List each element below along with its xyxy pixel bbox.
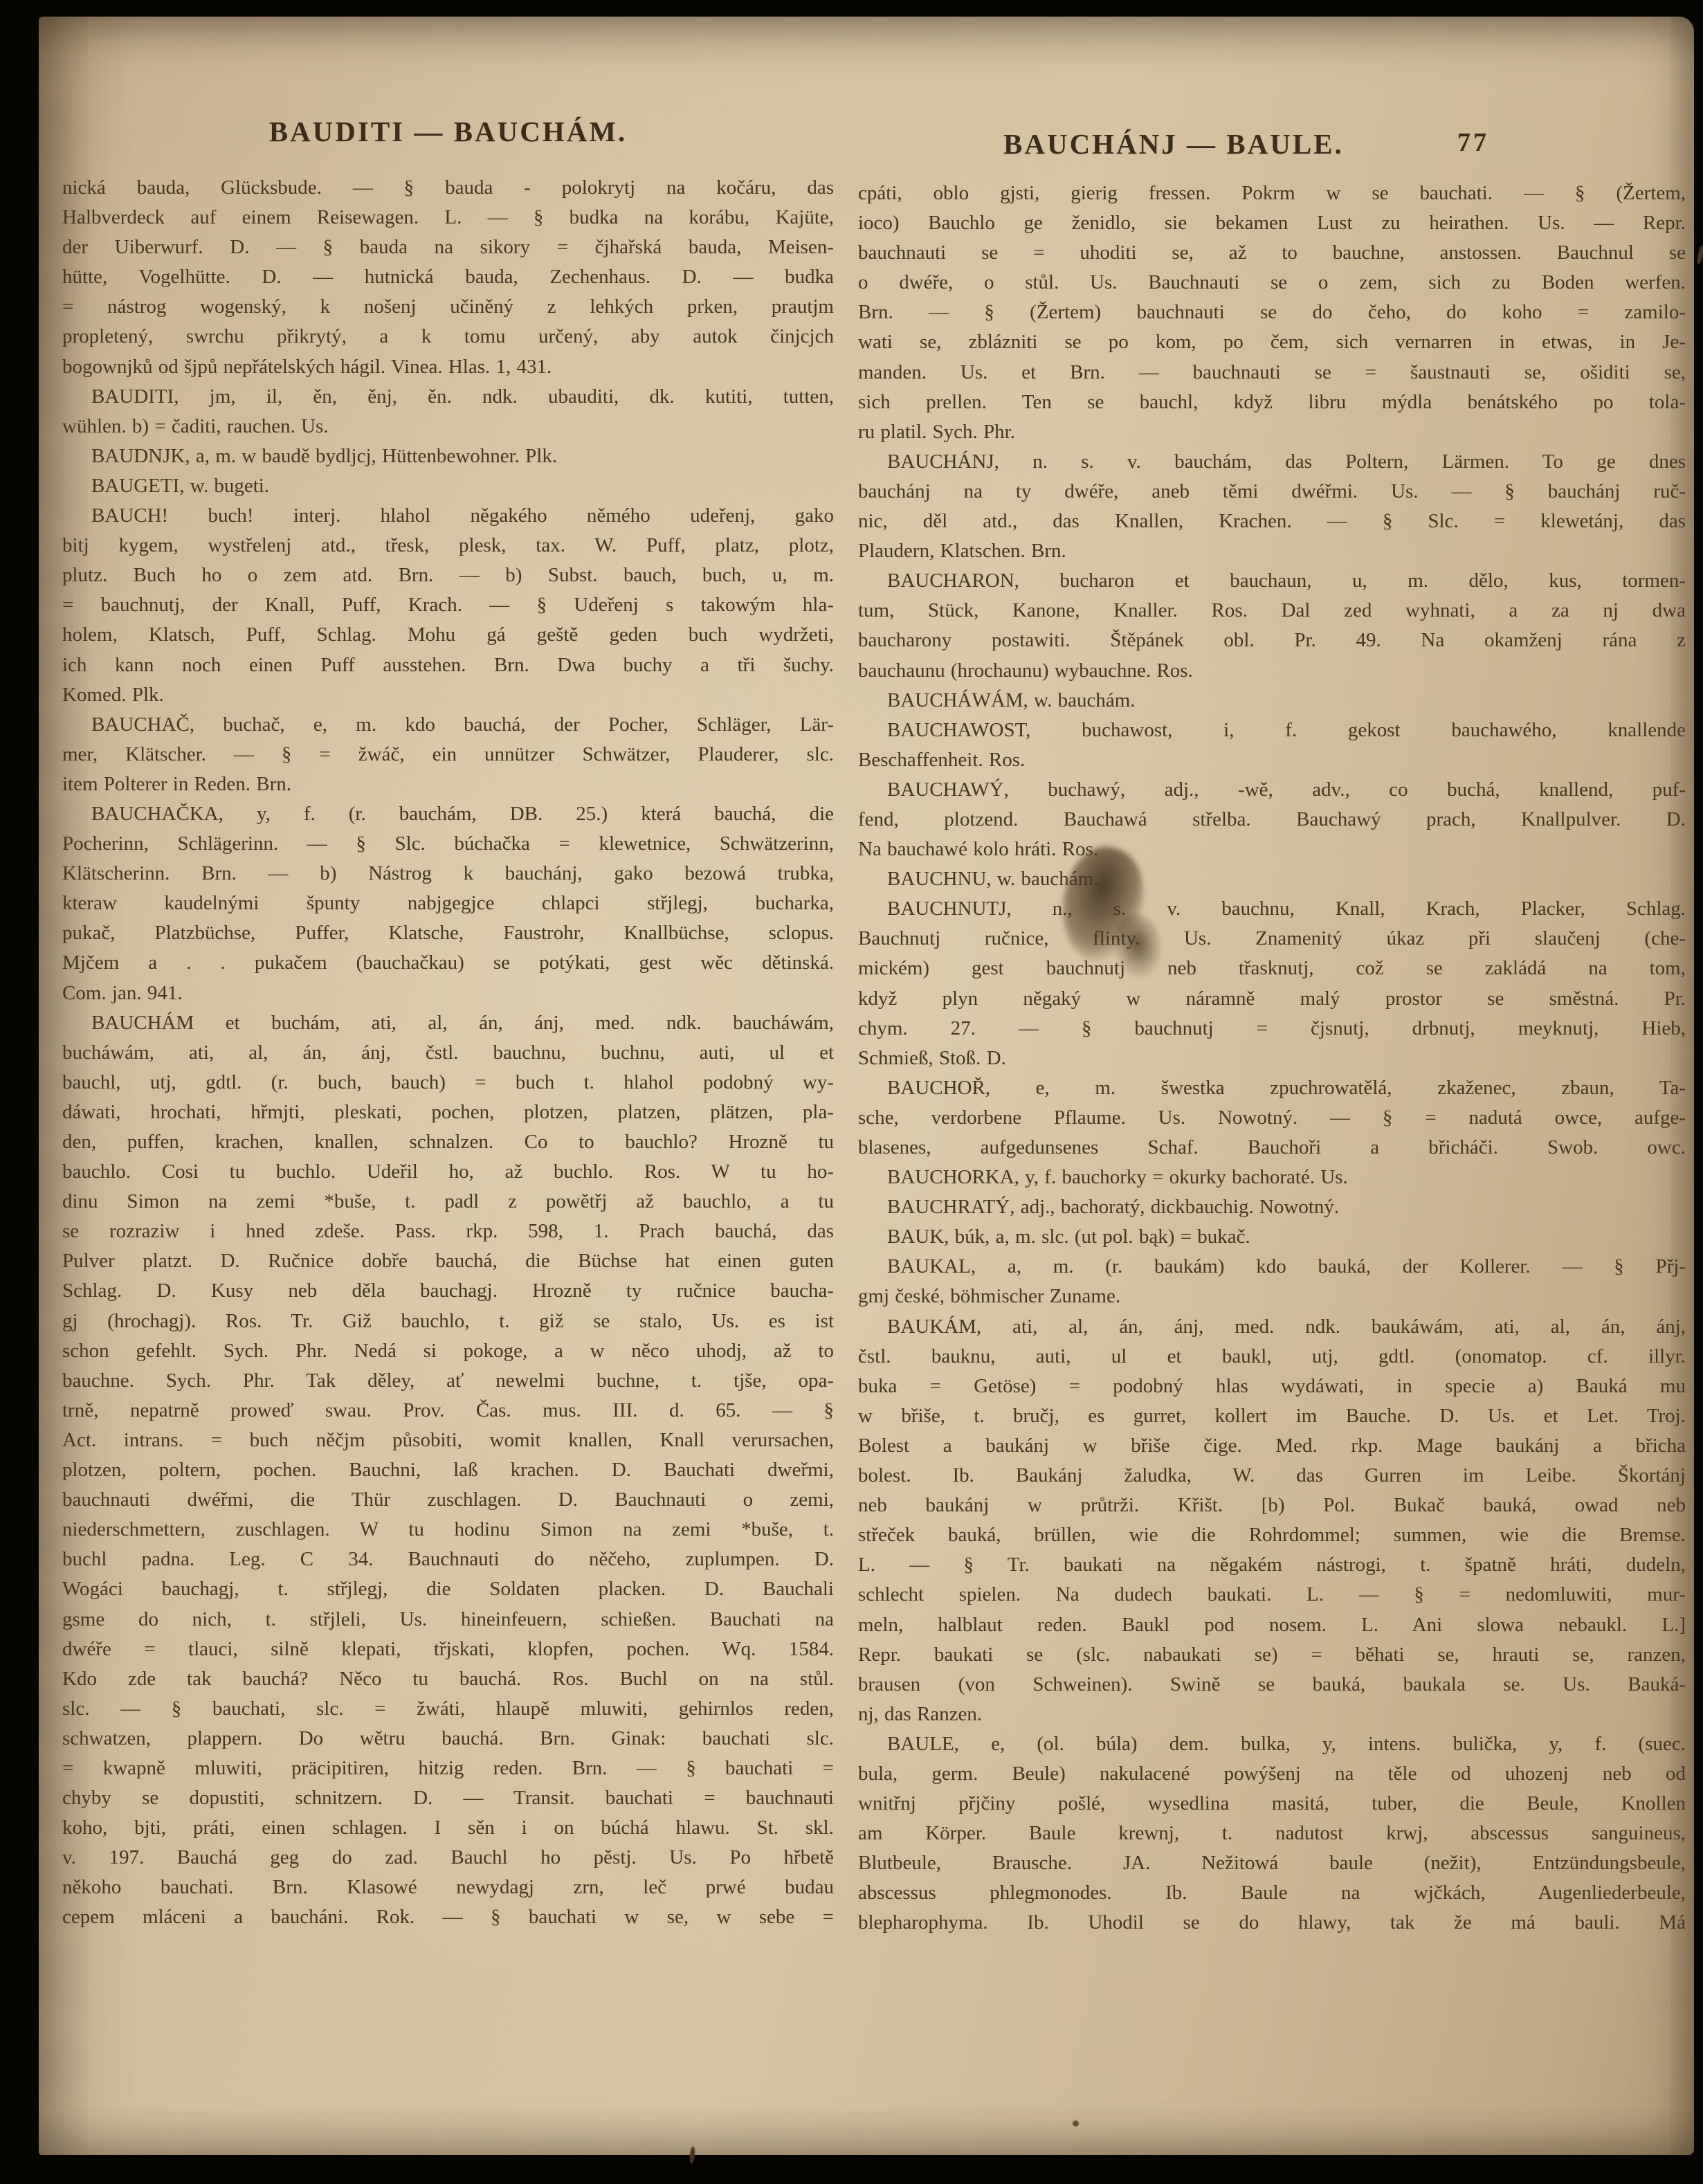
text-line: se rozraziw i hned zdeše. Pass. rkp. 598… bbox=[62, 1217, 834, 1246]
text-line: blasenes, aufgedunsenes Schaf. Bauchoři … bbox=[858, 1133, 1686, 1163]
text-line: Pocherinn, Schlägerinn. — § Slc. búchačk… bbox=[62, 829, 834, 859]
text-line: koho, bjti, práti, einen schlagen. I sěn… bbox=[62, 1813, 834, 1843]
text-line: fend, plotzend. Bauchawá střelba. Baucha… bbox=[858, 805, 1686, 835]
text-line: blepharophyma. Ib. Uhodil se do hlawy, t… bbox=[858, 1908, 1686, 1938]
text-line: někoho bauchati. Brn. Klasowé newydagj z… bbox=[62, 1873, 834, 1902]
text-line: chyby se dopustiti, schnitzern. D. — Tra… bbox=[62, 1783, 834, 1813]
text-line: = kwapně mluwiti, präcipitiren, hitzig r… bbox=[62, 1754, 834, 1783]
text-line: bauchnauti se = uhoditi se, až to bauchn… bbox=[858, 238, 1686, 268]
text-line: BAUK, búk, a, m. slc. (ut pol. bąk) = bu… bbox=[858, 1222, 1686, 1252]
text-line: sich prellen. Ten se bauchl, když libru … bbox=[858, 388, 1686, 417]
text-line: BAUCHNUTJ, n., s. v. bauchnu, Knall, Kra… bbox=[858, 894, 1686, 924]
text-line: der Uiberwurf. D. — § bauda na sikory = … bbox=[62, 233, 834, 262]
text-line: brausen (von Schweinen). Swině se bauká,… bbox=[858, 1670, 1686, 1700]
text-line: am Körper. Baule krewnj, t. nadutost krw… bbox=[858, 1819, 1686, 1848]
text-line: neb baukánj w průtrži. Křišt. [b) Pol. B… bbox=[858, 1491, 1686, 1520]
text-line: ich kann noch einen Puff ausstehen. Brn.… bbox=[62, 650, 834, 680]
text-line: BAUCHOŘ, e, m. šwestka zpuchrowatělá, zk… bbox=[858, 1073, 1686, 1103]
text-line: propletený, swrchu přikrytý, a k tomu ur… bbox=[62, 322, 834, 352]
text-line: v. 197. Bauchá geg do zad. Bauchl ho pěs… bbox=[62, 1843, 834, 1873]
text-line: bauchne. Sych. Phr. Tak děley, ať newelm… bbox=[62, 1366, 834, 1396]
text-line: ru platil. Sych. Phr. bbox=[858, 417, 1686, 447]
left-running-head: BAUDITI — BAUCHÁM. bbox=[62, 115, 834, 148]
stray-ink-mark bbox=[689, 2147, 695, 2164]
page-number: 77 bbox=[1457, 127, 1489, 158]
text-line: bula, germ. Beule) nakulacené powýšenj n… bbox=[858, 1759, 1686, 1789]
text-line: BAUDNJK, a, m. w baudě bydljcj, Hüttenbe… bbox=[62, 442, 834, 471]
text-line: slc. — § bauchati, slc. = žwáti, hlaupě … bbox=[62, 1694, 834, 1724]
text-line: BAUCHNU, w. bauchám. bbox=[858, 864, 1686, 894]
text-line: niederschmettern, zuschlagen. W tu hodin… bbox=[62, 1515, 834, 1545]
text-line: dáwati, hrochati, hřmjti, pleskati, poch… bbox=[62, 1098, 834, 1127]
text-line: čstl. bauknu, auti, ul et baukl, utj, gd… bbox=[858, 1342, 1686, 1372]
text-line: = nástrog wogenský, k nošenj učiněný z l… bbox=[62, 292, 834, 322]
text-line: schwatzen, plappern. Do wětru bauchá. Br… bbox=[62, 1724, 834, 1754]
text-line: bauchánj na ty dwéře, aneb těmi dwéřmi. … bbox=[858, 477, 1686, 507]
text-line: nj, das Ranzen. bbox=[858, 1700, 1686, 1729]
text-line: Schlag. D. Kusy neb děla bauchagj. Hrozn… bbox=[62, 1276, 834, 1306]
text-line: chym. 27. — § bauchnutj = čjsnutj, drbnu… bbox=[858, 1014, 1686, 1044]
text-line: BAUCH! buch! interj. hlahol něgakého něm… bbox=[62, 501, 834, 531]
text-line: BAUCHAWÝ, buchawý, adj., -wě, adv., co b… bbox=[858, 775, 1686, 805]
text-line: Halbverdeck auf einem Reisewagen. L. — §… bbox=[62, 203, 834, 233]
text-line: Plaudern, Klatschen. Brn. bbox=[858, 536, 1686, 566]
text-line: tum, Stück, Kanone, Knaller. Ros. Dal ze… bbox=[858, 596, 1686, 626]
text-line: cpáti, oblo gjsti, gierig fressen. Pokrm… bbox=[858, 179, 1686, 208]
text-line: Bolest a baukánj w břiše čige. Med. rkp.… bbox=[858, 1431, 1686, 1461]
text-line: gmj české, böhmischer Zuname. bbox=[858, 1282, 1686, 1311]
text-line: item Polterer in Reden. Brn. bbox=[62, 770, 834, 799]
text-line: BAULE, e, (ol. búla) dem. bulka, y, inte… bbox=[858, 1729, 1686, 1759]
text-line: plutz. Buch ho o zem atd. Brn. — b) Subs… bbox=[62, 561, 834, 590]
text-line: Com. jan. 941. bbox=[62, 979, 834, 1008]
text-line: manden. Us. et Brn. — bauchnauti se = ša… bbox=[858, 358, 1686, 388]
scanned-dictionary-page: { "page": { "number": "77", "left_header… bbox=[0, 0, 1703, 2184]
text-line: schon gefehlt. Sych. Phr. Nedá si pokoge… bbox=[62, 1336, 834, 1366]
text-line: mickém) gest bauchnutj neb třasknutj, co… bbox=[858, 954, 1686, 983]
text-line: Brn. — § (Žertem) bauchnauti se do čeho,… bbox=[858, 298, 1686, 327]
text-line: Na bauchawé kolo hráti. Ros. bbox=[858, 835, 1686, 864]
text-line: bauchlo. Cosi tu buchlo. Udeřil ho, až b… bbox=[62, 1157, 834, 1187]
text-line: ioco) Bauchlo ge ženidlo, sie bekamen Lu… bbox=[858, 208, 1686, 238]
text-line: Mjčem a . . pukačem (bauchačkau) se potý… bbox=[62, 948, 834, 978]
text-line: sche, verdorbene Pflaume. Us. Nowotný. —… bbox=[858, 1103, 1686, 1133]
text-line: Repr. baukati se (slc. nabaukati se) = b… bbox=[858, 1640, 1686, 1670]
text-line: meln, halblaut reden. Baukl pod nosem. L… bbox=[858, 1610, 1686, 1640]
text-line: Wogáci bauchagj, t. střjlegj, die Soldat… bbox=[62, 1574, 834, 1604]
text-line: Act. intrans. = buch něčjm působiti, wom… bbox=[62, 1426, 834, 1455]
text-line: L. — § Tr. baukati na něgakém nástrogi, … bbox=[858, 1550, 1686, 1580]
text-line: bauchnauti dwéřmi, die Thür zuschlagen. … bbox=[62, 1485, 834, 1515]
text-line: bogownjků od šjpů nepřátelských hágil. V… bbox=[62, 352, 834, 382]
text-line: wühlen. b) = čaditi, rauchen. Us. bbox=[62, 412, 834, 442]
text-line: dwéře = tlauci, silně klepati, třjskati,… bbox=[62, 1635, 834, 1664]
text-line: nic, děl atd., das Knallen, Krachen. — §… bbox=[858, 507, 1686, 536]
stray-ink-mark bbox=[1073, 2120, 1079, 2127]
text-line: bauchaunu (hrochaunu) wybauchne. Ros. bbox=[858, 656, 1686, 686]
text-line: cepem mláceni a baucháni. Rok. — § bauch… bbox=[62, 1902, 834, 1932]
text-line: wati se, zblázniti se po kom, po čem, si… bbox=[858, 327, 1686, 357]
text-line: den, puffen, krachen, knallen, schnalzen… bbox=[62, 1127, 834, 1157]
text-line: BAUCHÁNJ, n. s. v. bauchám, das Poltern,… bbox=[858, 447, 1686, 477]
text-line: BAUCHAWOST, buchawost, i, f. gekost bauc… bbox=[858, 716, 1686, 745]
text-line: nická bauda, Glücksbude. — § bauda - pol… bbox=[62, 173, 834, 203]
text-line: BAUCHAČ, buchač, e, m. kdo bauchá, der P… bbox=[62, 710, 834, 740]
left-text-column: nická bauda, Glücksbude. — § bauda - pol… bbox=[62, 173, 834, 1933]
text-line: Schmieß, Stoß. D. bbox=[858, 1044, 1686, 1073]
text-line: wnitřnj přjčiny pošlé, wysedlina masitá,… bbox=[858, 1789, 1686, 1819]
text-line: abscessus phlegmonodes. Ib. Baule na wjč… bbox=[858, 1878, 1686, 1908]
text-line: střeček bauká, brüllen, wie die Rohrdomm… bbox=[858, 1520, 1686, 1550]
text-line: BAUGETI, w. bugeti. bbox=[62, 471, 834, 501]
text-line: holem, Klatsch, Puff, Schlag. Mohu gá ge… bbox=[62, 620, 834, 650]
right-running-head: BAUCHÁNJ — BAULE. bbox=[1003, 127, 1344, 161]
text-line: BAUCHRATÝ, adj., bachoratý, dickbauchig.… bbox=[858, 1192, 1686, 1222]
text-line: Beschaffenheit. Ros. bbox=[858, 745, 1686, 775]
text-line: BAUCHORKA, y, f. bauchorky = okurky bach… bbox=[858, 1163, 1686, 1192]
text-line: Komed. Plk. bbox=[62, 680, 834, 710]
text-line: pukač, Platzbüchse, Puffer, Klatsche, Fa… bbox=[62, 918, 834, 948]
text-line: hütte, Vogelhütte. D. — hutnická bauda, … bbox=[62, 262, 834, 292]
right-text-column: cpáti, oblo gjsti, gierig fressen. Pokrm… bbox=[858, 179, 1686, 1938]
text-line: bucháwám, ati, al, án, ánj, čstl. bauchn… bbox=[62, 1038, 834, 1068]
text-line: buka = Getöse) = podobný hlas wydáwati, … bbox=[858, 1372, 1686, 1401]
text-line: gj (hrochagj). Ros. Tr. Giž bauchlo, t. … bbox=[62, 1307, 834, 1336]
text-line: Kdo zde tak bauchá? Něco tu bauchá. Ros.… bbox=[62, 1664, 834, 1694]
text-line: Bauchnutj ručnice, flinty. Us. Znamenitý… bbox=[858, 924, 1686, 954]
text-line: BAUKAL, a, m. (r. baukám) kdo bauká, der… bbox=[858, 1252, 1686, 1282]
text-line: BAUKÁM, ati, al, án, ánj, med. ndk. bauk… bbox=[858, 1312, 1686, 1342]
text-line: kteraw kaudelnými špunty nabjgegjce chla… bbox=[62, 889, 834, 918]
text-line: BAUCHÁM et buchám, ati, al, án, ánj, med… bbox=[62, 1008, 834, 1038]
text-line: Klätscherinn. Brn. — b) Nástrog k bauchá… bbox=[62, 859, 834, 889]
text-line: když plyn něgaký w náramně malý prostor … bbox=[858, 984, 1686, 1014]
text-line: w břiše, t. bručj, es gurret, kollert im… bbox=[858, 1401, 1686, 1431]
text-line: plotzen, poltern, pochen. Bauchni, laß k… bbox=[62, 1455, 834, 1485]
text-line: dinu Simon na zemi *buše, t. padl z powě… bbox=[62, 1187, 834, 1217]
text-line: Pulver platzt. D. Ručnice dobře bauchá, … bbox=[62, 1246, 834, 1276]
text-line: bolest. Ib. Baukánj žaludka, W. das Gurr… bbox=[858, 1461, 1686, 1491]
text-line: BAUCHARON, bucharon et bauchaun, u, m. d… bbox=[858, 566, 1686, 596]
text-line: bauchl, utj, gdtl. (r. buch, bauch) = bu… bbox=[62, 1068, 834, 1098]
text-line: gsme do nich, t. střjleli, Us. hineinfeu… bbox=[62, 1605, 834, 1635]
text-line: schlecht spielen. Na dudech baukati. L. … bbox=[858, 1580, 1686, 1610]
stray-ink-mark bbox=[1696, 245, 1703, 265]
text-line: baucharony postawiti. Štěpánek obl. Pr. … bbox=[858, 626, 1686, 655]
text-line: BAUCHÁWÁM, w. bauchám. bbox=[858, 686, 1686, 716]
text-line: Blutbeule, Brausche. JA. Nežitowá baule … bbox=[858, 1848, 1686, 1878]
text-line: BAUDITI, jm, il, ěn, ěnj, ěn. ndk. ubaud… bbox=[62, 382, 834, 412]
text-line: trně, nepatrně proweď swau. Prov. Čas. m… bbox=[62, 1396, 834, 1426]
text-line: mer, Klätscher. — § = žwáč, ein unnützer… bbox=[62, 740, 834, 770]
text-line: bitj kygem, wystřelenj atd., třesk, ples… bbox=[62, 531, 834, 561]
text-line: buchl padna. Leg. C 34. Bauchnauti do ně… bbox=[62, 1545, 834, 1574]
text-line: BAUCHAČKA, y, f. (r. bauchám, DB. 25.) k… bbox=[62, 799, 834, 829]
text-line: o dwéře, o stůl. Us. Bauchnauti se o zem… bbox=[858, 268, 1686, 298]
text-line: = bauchnutj, der Knall, Puff, Krach. — §… bbox=[62, 590, 834, 620]
